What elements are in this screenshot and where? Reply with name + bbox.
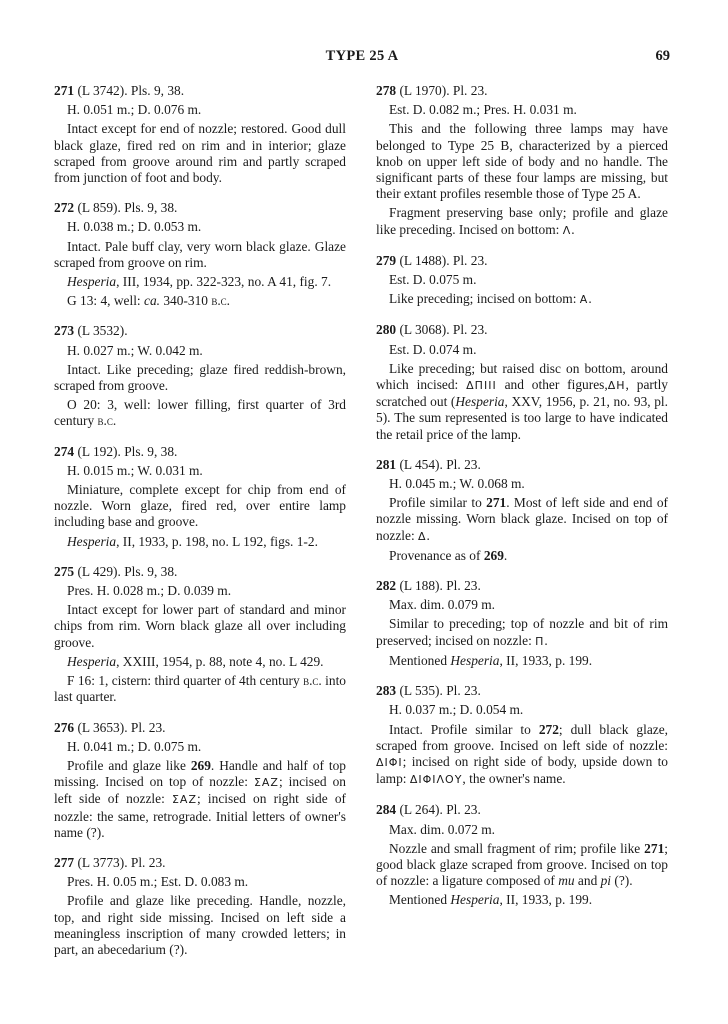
catalog-entry-276: 276 (L 3653). Pl. 23. H. 0.041 m.; D. 0.… — [54, 720, 346, 841]
catalog-entry-283: 283 (L 535). Pl. 23. H. 0.037 m.; D. 0.0… — [376, 683, 668, 788]
running-header: TYPE 25 A 69 — [54, 48, 670, 68]
dimensions: H. 0.027 m.; W. 0.042 m. — [54, 343, 346, 359]
dimensions: H. 0.038 m.; D. 0.053 m. — [54, 219, 346, 235]
journal-title: Hesperia — [67, 274, 116, 289]
deposit: F 16: 1, cistern: third quarter of 4th c… — [67, 673, 303, 688]
catalog-entry-284: 284 (L 264). Pl. 23. Max. dim. 0.072 m. … — [376, 802, 668, 908]
left-column: 271 (L 3742). Pls. 9, 38. H. 0.051 m.; D… — [54, 83, 346, 972]
entry-heading: 275 (L 429). Pls. 9, 38. — [54, 564, 346, 580]
entry-number: 276 — [54, 720, 74, 735]
entry-number: 278 — [376, 83, 396, 98]
description: Fragment preserving base only; profile a… — [376, 205, 668, 238]
catalog-entry-282: 282 (L 188). Pl. 23. Max. dim. 0.079 m. … — [376, 578, 668, 669]
entry-number: 281 — [376, 457, 396, 472]
greek-letter-name: mu — [558, 873, 574, 888]
journal-title: Hesperia — [450, 892, 499, 907]
bibliography: Mentioned Hesperia, II, 1933, p. 199. — [376, 892, 668, 908]
inventory-number: (L 188) — [399, 578, 439, 593]
page-number: 69 — [656, 48, 671, 65]
cross-reference: 272 — [539, 722, 559, 737]
text: . — [427, 528, 430, 543]
catalog-entry-271: 271 (L 3742). Pls. 9, 38. H. 0.051 m.; D… — [54, 83, 346, 186]
text: and other figures, — [497, 377, 608, 392]
entry-heading: 271 (L 3742). Pls. 9, 38. — [54, 83, 346, 99]
text: . — [544, 633, 547, 648]
catalog-entry-272: 272 (L 859). Pls. 9, 38. H. 0.038 m.; D.… — [54, 200, 346, 309]
circa: ca. — [144, 293, 160, 308]
description: Similar to preceding; top of nozzle and … — [376, 616, 668, 649]
cross-reference: 271 — [486, 495, 506, 510]
context: F 16: 1, cistern: third quarter of 4th c… — [54, 673, 346, 705]
entry-number: 283 — [376, 683, 396, 698]
description: This and the following three lamps may h… — [376, 121, 668, 202]
inscription: ΣΑΖ — [172, 793, 197, 806]
text: Profile similar to — [389, 495, 486, 510]
entry-heading: 272 (L 859). Pls. 9, 38. — [54, 200, 346, 216]
text: . — [571, 222, 574, 237]
dimensions: Max. dim. 0.072 m. — [376, 822, 668, 838]
dimensions: Pres. H. 0.05 m.; Est. D. 0.083 m. — [54, 874, 346, 890]
description: Like preceding; but raised disc on botto… — [376, 361, 668, 443]
inventory-number: (L 3742) — [77, 83, 124, 98]
entry-number: 271 — [54, 83, 74, 98]
inventory-number: (L 1488) — [399, 253, 446, 268]
citation: , II, 1933, p. 198, no. L 192, figs. 1-2… — [116, 534, 318, 549]
catalog-entry-274: 274 (L 192). Pls. 9, 38. H. 0.015 m.; W.… — [54, 444, 346, 550]
plate-reference: Pl. 23. — [446, 578, 481, 593]
inscription: ΔΙΦΙ — [376, 756, 403, 769]
description: Profile and glaze like preceding. Handle… — [54, 893, 346, 958]
plate-reference: Pl. 23. — [131, 855, 166, 870]
entry-number: 279 — [376, 253, 396, 268]
era: b.c. — [303, 673, 322, 688]
text: Like preceding; incised on bottom: — [389, 291, 580, 306]
entry-heading: 273 (L 3532). — [54, 323, 346, 339]
text: Intact. Profile similar to — [389, 722, 539, 737]
entry-heading: 277 (L 3773). Pl. 23. — [54, 855, 346, 871]
text: Profile and glaze like — [67, 758, 191, 773]
catalog-entry-279: 279 (L 1488). Pl. 23. Est. D. 0.075 m. L… — [376, 253, 668, 309]
plate-reference: Pl. 23. — [453, 322, 488, 337]
entry-number: 275 — [54, 564, 74, 579]
inventory-number: (L 429) — [77, 564, 117, 579]
dimensions: Est. D. 0.074 m. — [376, 342, 668, 358]
dimensions: Est. D. 0.082 m.; Pres. H. 0.031 m. — [376, 102, 668, 118]
entry-number: 284 — [376, 802, 396, 817]
inscription: Λ — [563, 224, 572, 237]
text: Fragment preserving base only; profile a… — [376, 205, 668, 236]
context: O 20: 3, well: lower filling, first quar… — [54, 397, 346, 429]
text: Similar to preceding; top of nozzle and … — [376, 616, 668, 647]
entry-number: 272 — [54, 200, 74, 215]
cross-reference: 271 — [644, 841, 664, 856]
plate-reference: Pls. 9, 38. — [124, 444, 177, 459]
description: Intact. Pale buff clay, very worn black … — [54, 239, 346, 271]
citation: , III, 1934, pp. 322-323, no. A 41, fig.… — [116, 274, 331, 289]
era: b.c. — [211, 293, 230, 308]
deposit: G 13: 4, well: — [67, 293, 144, 308]
text: Mentioned — [389, 653, 450, 668]
entry-heading: 282 (L 188). Pl. 23. — [376, 578, 668, 594]
description: Intact. Profile similar to 272; dull bla… — [376, 722, 668, 789]
entry-heading: 280 (L 3068). Pl. 23. — [376, 322, 668, 338]
dimensions: H. 0.037 m.; D. 0.054 m. — [376, 702, 668, 718]
inscription: ΔΗ — [608, 379, 626, 392]
dimensions: Pres. H. 0.028 m.; D. 0.039 m. — [54, 583, 346, 599]
provenance: Provenance as of 269. — [376, 548, 668, 564]
description: Intact. Like preceding; glaze fired redd… — [54, 362, 346, 394]
plate-reference: Pl. 23. — [446, 457, 481, 472]
text: , the owner's name. — [462, 771, 565, 786]
inscription: ΔΙΦΙΛΟΥ — [410, 773, 463, 786]
entry-heading: 279 (L 1488). Pl. 23. — [376, 253, 668, 269]
journal-title: Hesperia — [67, 534, 116, 549]
dimensions: H. 0.051 m.; D. 0.076 m. — [54, 102, 346, 118]
entry-heading: 278 (L 1970). Pl. 23. — [376, 83, 668, 99]
description: Profile similar to 271. Most of left sid… — [376, 495, 668, 545]
plate-reference: Pl. 23. — [446, 683, 481, 698]
journal-title: Hesperia — [455, 394, 504, 409]
page-title: TYPE 25 A — [54, 48, 670, 65]
plate-reference: Pl. 23. — [131, 720, 166, 735]
cross-reference: 269 — [484, 548, 504, 563]
description: Intact except for end of nozzle; restore… — [54, 121, 346, 186]
entry-heading: 284 (L 264). Pl. 23. — [376, 802, 668, 818]
inventory-number: (L 454) — [399, 457, 439, 472]
date-range: 340-310 — [160, 293, 211, 308]
catalog-entry-277: 277 (L 3773). Pl. 23. Pres. H. 0.05 m.; … — [54, 855, 346, 958]
dimensions: H. 0.045 m.; W. 0.068 m. — [376, 476, 668, 492]
journal-title: Hesperia — [67, 654, 116, 669]
entry-number: 282 — [376, 578, 396, 593]
inventory-number: (L 1970) — [399, 83, 446, 98]
text: (?). — [611, 873, 633, 888]
catalog-entry-275: 275 (L 429). Pls. 9, 38. Pres. H. 0.028 … — [54, 564, 346, 706]
inventory-number: (L 3068) — [399, 322, 446, 337]
catalog-entry-273: 273 (L 3532). H. 0.027 m.; W. 0.042 m. I… — [54, 323, 346, 429]
plate-reference: Pls. 9, 38. — [131, 83, 184, 98]
description: Like preceding; incised on bottom: Α. — [376, 291, 668, 308]
catalog-entry-281: 281 (L 454). Pl. 23. H. 0.045 m.; W. 0.0… — [376, 457, 668, 564]
entry-number: 277 — [54, 855, 74, 870]
entry-heading: 274 (L 192). Pls. 9, 38. — [54, 444, 346, 460]
inscription: ΣΑΖ — [254, 776, 279, 789]
right-column: 278 (L 1970). Pl. 23. Est. D. 0.082 m.; … — [376, 83, 668, 923]
context: G 13: 4, well: ca. 340-310 b.c. — [54, 293, 346, 309]
inventory-number: (L 264) — [399, 802, 439, 817]
description: Intact except for lower part of standard… — [54, 602, 346, 651]
entry-heading: 283 (L 535). Pl. 23. — [376, 683, 668, 699]
entry-heading: 276 (L 3653). Pl. 23. — [54, 720, 346, 736]
era: b.c. — [98, 413, 117, 428]
inscription: Δ — [418, 530, 427, 543]
citation: , XXIII, 1954, p. 88, note 4, no. L 429. — [116, 654, 323, 669]
bibliography: Hesperia, XXIII, 1954, p. 88, note 4, no… — [54, 654, 346, 670]
plate-reference: Pl. 23. — [446, 802, 481, 817]
plate-reference: Pls. 9, 38. — [124, 564, 177, 579]
dimensions: H. 0.041 m.; D. 0.075 m. — [54, 739, 346, 755]
inventory-number: (L 3773) — [77, 855, 124, 870]
dimensions: Est. D. 0.075 m. — [376, 272, 668, 288]
dimensions: H. 0.015 m.; W. 0.031 m. — [54, 463, 346, 479]
citation: , II, 1933, p. 199. — [499, 653, 592, 668]
entry-number: 280 — [376, 322, 396, 337]
bibliography: Mentioned Hesperia, II, 1933, p. 199. — [376, 653, 668, 669]
inventory-number: (L 192) — [77, 444, 117, 459]
description: Profile and glaze like 269. Handle and h… — [54, 758, 346, 841]
journal-title: Hesperia — [450, 653, 499, 668]
text: . — [504, 548, 507, 563]
cross-reference: 269 — [191, 758, 211, 773]
entry-number: 274 — [54, 444, 74, 459]
entry-number: 273 — [54, 323, 74, 338]
inventory-number: (L 3532) — [77, 323, 124, 338]
inventory-number: (L 3653) — [77, 720, 124, 735]
greek-letter-name: pi — [601, 873, 611, 888]
text: and — [575, 873, 601, 888]
inventory-number: (L 535) — [399, 683, 439, 698]
entry-heading: 281 (L 454). Pl. 23. — [376, 457, 668, 473]
description: Miniature, complete except for chip from… — [54, 482, 346, 531]
text: Provenance as of — [389, 548, 484, 563]
plate-reference: Pl. 23. — [453, 253, 488, 268]
inventory-number: (L 859) — [77, 200, 117, 215]
catalog-entry-278: 278 (L 1970). Pl. 23. Est. D. 0.082 m.; … — [376, 83, 668, 239]
bibliography: Hesperia, II, 1933, p. 198, no. L 192, f… — [54, 534, 346, 550]
catalog-entry-280: 280 (L 3068). Pl. 23. Est. D. 0.074 m. L… — [376, 322, 668, 442]
bibliography: Hesperia, III, 1934, pp. 322-323, no. A … — [54, 274, 346, 290]
inscription: ΔΠΙΙΙ — [466, 379, 497, 392]
dimensions: Max. dim. 0.079 m. — [376, 597, 668, 613]
text: Nozzle and small fragment of rim; profil… — [389, 841, 644, 856]
plate-reference: Pls. 9, 38. — [124, 200, 177, 215]
citation: , II, 1933, p. 199. — [499, 892, 592, 907]
text: . — [588, 291, 591, 306]
description: Nozzle and small fragment of rim; profil… — [376, 841, 668, 890]
text: Mentioned — [389, 892, 450, 907]
plate-reference: Pl. 23. — [453, 83, 488, 98]
